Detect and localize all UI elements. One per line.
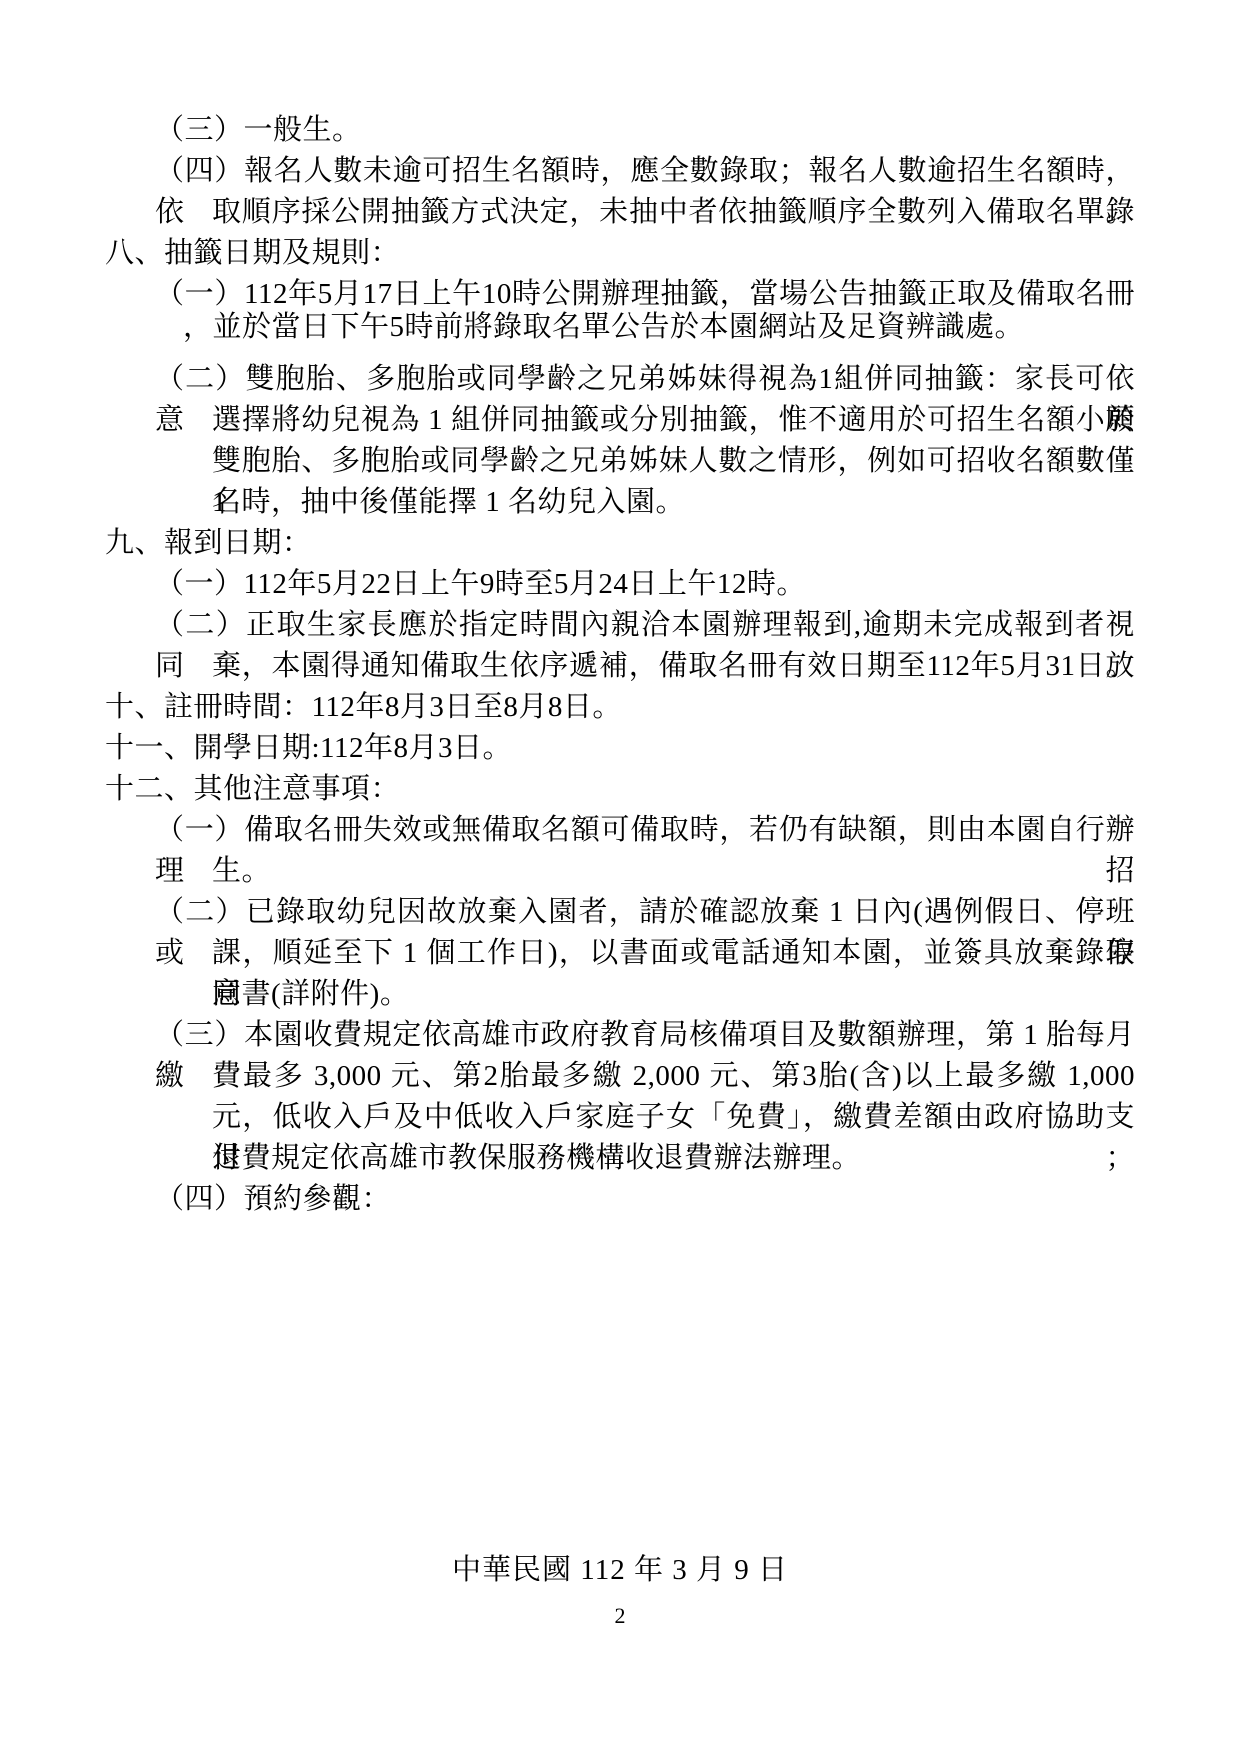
text-line: 意書(詳附件)。 — [105, 974, 1135, 1015]
text-line: （二）雙胞胎、多胞胎或同學齡之兄弟姊妹得視為1組併同抽籤：家長可依意願 — [105, 359, 1135, 400]
text-line: （三）本園收費規定依高雄市政府教育局核備項目及數額辦理，第 1 胎每月繳 — [105, 1015, 1135, 1056]
text-line: 課，順延至下 1 個工作日)，以書面或電話通知本園，並簽具放棄錄取同 — [105, 933, 1135, 974]
text-line: （四）報名人數未逾可招生名額時，應全數錄取；報名人數逾招生名額時，依錄 — [105, 151, 1135, 192]
document-body: （三）一般生。（四）報名人數未逾可招生名額時，應全數錄取；報名人數逾招生名額時，… — [105, 110, 1135, 1220]
text-line: 九、報到日期： — [105, 523, 1135, 564]
text-line: 選擇將幼兒視為 1 組併同抽籤或分別抽籤，惟不適用於可招生名額小於 — [105, 400, 1135, 441]
text-line: 棄，本園得通知備取生依序遞補，備取名冊有效日期至112年5月31日。 — [105, 646, 1135, 687]
text-line: 費最多 3,000 元、第2胎最多繳 2,000 元、第3胎(含)以上最多繳 1… — [105, 1056, 1135, 1097]
page-number: 2 — [105, 1601, 1135, 1631]
text-line: 八、抽籤日期及規則： — [105, 233, 1135, 274]
text-line: （四）預約參觀： — [105, 1179, 1135, 1220]
text-line: 元，低收入戶及中低收入戶家庭子女「免費」，繳費差額由政府協助支付； — [105, 1097, 1135, 1138]
text-line: 雙胞胎、多胞胎或同學齡之兄弟姊妹人數之情形，例如可招收名額數僅 1 — [105, 441, 1135, 482]
text-line: ，並於當日下午5時前將錄取名單公告於本園網站及足資辨識處。 — [105, 307, 1135, 348]
document-page: （三）一般生。（四）報名人數未逾可招生名額時，應全數錄取；報名人數逾招生名額時，… — [0, 0, 1241, 1755]
text-line: （一）備取名冊失效或無備取名額可備取時，若仍有缺額，則由本園自行辦理招 — [105, 810, 1135, 851]
text-line: （二）正取生家長應於指定時間內親洽本園辦理報到,逾期未完成報到者視同放 — [105, 605, 1135, 646]
text-line: 取順序採公開抽籤方式決定，未抽中者依抽籤順序全數列入備取名單。 — [105, 192, 1135, 233]
text-line: 名時，抽中後僅能擇 1 名幼兒入園。 — [105, 482, 1135, 523]
text-line: 十一、開學日期:112年8月3日。 — [105, 728, 1135, 769]
text-line: 十、註冊時間：112年8月3日至8月8日。 — [105, 687, 1135, 728]
page-footer: 中華民國 112 年 3 月 9 日 2 — [105, 1550, 1135, 1631]
text-line: （二）已錄取幼兒因故放棄入園者，請於確認放棄 1 日內(遇例假日、停班或停 — [105, 892, 1135, 933]
text-line: 十二、其他注意事項： — [105, 769, 1135, 810]
text-line: （一）112年5月22日上午9時至5月24日上午12時。 — [105, 564, 1135, 605]
document-date-line: 中華民國 112 年 3 月 9 日 — [105, 1550, 1135, 1591]
text-line: （三）一般生。 — [105, 110, 1135, 151]
